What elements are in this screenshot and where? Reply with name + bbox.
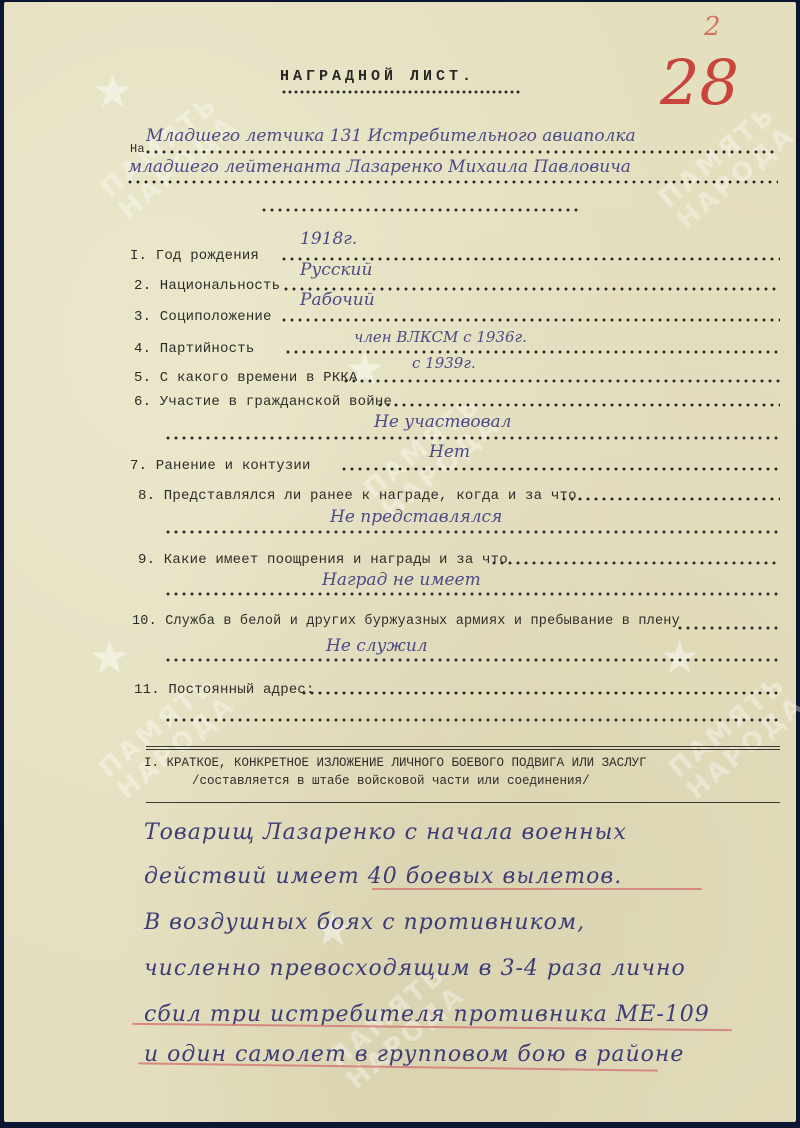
field-label-birth-year: I. Год рождения	[130, 248, 259, 264]
field-value-awards: Наград не имеет	[322, 570, 481, 590]
narrative-line: В воздушных боях с противником,	[144, 910, 585, 935]
section-rule	[146, 746, 780, 747]
field-value-social-status: Рабочий	[300, 290, 375, 310]
field-value-red-army-since: с 1939г.	[412, 354, 476, 372]
dotted-line	[280, 318, 780, 322]
recipient-line2: младшего лейтенанта Лазаренко Михаила Па…	[128, 157, 631, 177]
dotted-line	[144, 150, 778, 154]
field-label-previous-awards-nomination: 8. Представлялся ли ранее к награде, ког…	[138, 488, 577, 504]
field-value-birth-year: 1918г.	[300, 229, 357, 249]
red-underline	[372, 888, 702, 890]
recipient-prefix: На	[130, 142, 145, 156]
document-title: НАГРАДНОЙ ЛИСТ.	[280, 68, 475, 85]
watermark: ПАМЯТЬНАРОДА	[654, 99, 800, 235]
field-label-nationality: 2. Национальность	[134, 278, 280, 294]
field-value-party: член ВЛКСМ с 1936г.	[354, 328, 527, 346]
field-value-previous-awards-nomination: Не представлялся	[330, 507, 502, 527]
section-rule	[146, 802, 780, 803]
award-sheet-page: ★ ПАМЯТЬНАРОДА ПАМЯТЬНАРОДА ★ ПАМЯТЬНАРО…	[4, 2, 796, 1122]
narrative-line: численно превосходящим в 3-4 раза лично	[144, 956, 686, 981]
section-heading: I. КРАТКОЕ, КОНКРЕТНОЕ ИЗЛОЖЕНИЕ ЛИЧНОГО…	[144, 756, 647, 770]
narrative-line: Товарищ Лазаренко с начала военных	[144, 820, 627, 845]
field-label-red-army-since: 5. С какого времени в РККА	[134, 370, 358, 386]
dotted-line	[164, 436, 780, 440]
dotted-line	[164, 658, 780, 662]
watermark: ПАМЯТЬНАРОДА	[664, 669, 800, 805]
dotted-line	[126, 180, 778, 184]
field-label-awards: 9. Какие имеет поощрения и награды и за …	[138, 552, 508, 568]
dotted-line	[164, 718, 780, 722]
dotted-line	[164, 530, 780, 534]
watermark-star-icon: ★	[659, 630, 700, 684]
title-underline	[281, 90, 521, 94]
field-label-address: 11. Постоянный адрес:	[134, 682, 315, 698]
section-rule	[146, 749, 780, 750]
field-value-wounds: Нет	[429, 442, 470, 462]
dotted-line	[676, 626, 780, 630]
page-number-small: 2	[704, 12, 721, 42]
dotted-line	[300, 691, 780, 695]
dotted-line	[284, 350, 780, 354]
field-label-social-status: 3. Социположение	[134, 309, 272, 325]
field-value-white-army-service: Не служил	[326, 636, 428, 656]
field-value-nationality: Русский	[300, 260, 372, 280]
field-value-civil-war: Не участвовал	[374, 412, 512, 432]
field-label-white-army-service: 10. Служба в белой и других буржуазных а…	[132, 614, 680, 629]
dotted-line	[490, 561, 780, 565]
dotted-line	[340, 467, 780, 471]
watermark-star-icon: ★	[89, 630, 130, 684]
section-subheading: /составляется в штабе войсковой части ил…	[192, 774, 590, 788]
dotted-line	[376, 403, 780, 407]
field-label-wounds: 7. Ранение и контузии	[130, 458, 311, 474]
narrative-line: действий имеет 40 боевых вылетов.	[144, 864, 622, 889]
page-number-large: 28	[660, 52, 739, 114]
field-label-civil-war: 6. Участие в гражданской войне	[134, 394, 392, 410]
dotted-line	[164, 592, 780, 596]
recipient-line1: Младшего летчика 131 Истребительного ави…	[146, 126, 636, 146]
watermark-star-icon: ★	[92, 64, 133, 118]
dotted-line	[260, 208, 578, 212]
dotted-line	[342, 379, 780, 383]
field-label-party: 4. Партийность	[134, 341, 254, 357]
dotted-line	[560, 497, 780, 501]
